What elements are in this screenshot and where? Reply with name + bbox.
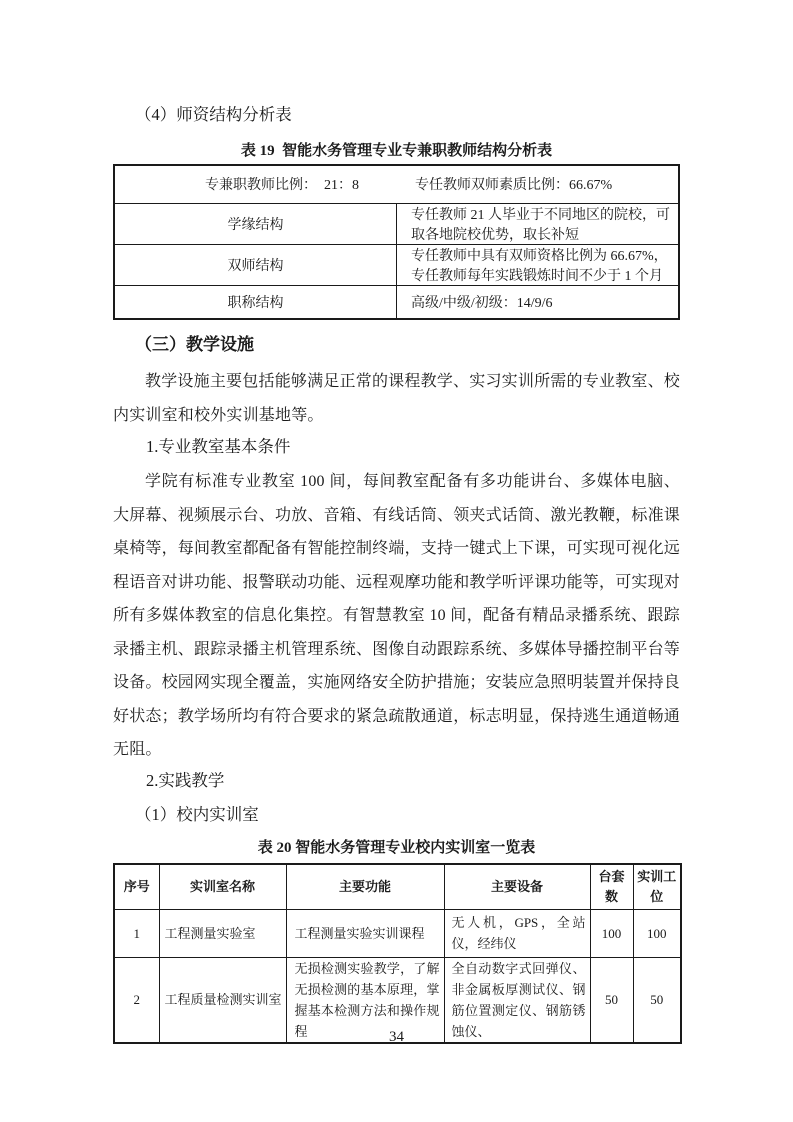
col-header-main-function: 主要功能 bbox=[286, 864, 444, 910]
table-row: 学缘结构 专任教师 21 人毕业于不同地区的院校，可取各地院校优势，取长补短 bbox=[114, 203, 679, 244]
table-row: 双师结构 专任教师中具有双师资格比例为 66.67%，专任教师每年实践锻炼时间不… bbox=[114, 244, 679, 285]
table19-summary-row: 专兼职教师比例： 21：8 专任教师双师素质比例：66.67% bbox=[114, 165, 679, 203]
heading-section-3: （三）教学设施 bbox=[113, 334, 680, 356]
col-header-no: 序号 bbox=[114, 864, 159, 910]
cell-equipment: 无人机，GPS，全站仪，经纬仪 bbox=[444, 909, 590, 957]
paragraph-classroom-details: 学院有标准专业教室 100 间，每间教室配备有多功能讲台、多媒体电脑、大屏幕、视… bbox=[113, 465, 680, 767]
dual-quality-ratio: 专任教师双师素质比例：66.67% bbox=[415, 174, 612, 194]
col-header-sets: 台套数 bbox=[590, 864, 633, 910]
row-label: 双师结构 bbox=[114, 244, 397, 285]
row-label: 职称结构 bbox=[114, 285, 397, 319]
cell-function: 工程测量实验实训课程 bbox=[286, 909, 444, 957]
col-header-room-name: 实训室名称 bbox=[159, 864, 286, 910]
heading-section-4: （4）师资结构分析表 bbox=[113, 104, 680, 125]
cell-sets: 100 bbox=[590, 909, 633, 957]
parttime-teacher-ratio: 专兼职教师比例： 21：8 bbox=[205, 174, 359, 194]
table-row: 职称结构 高级/中级/初级：14/9/6 bbox=[114, 285, 679, 319]
table-20: 序号 实训室名称 主要功能 主要设备 台套数 实训工位 1 工程测量实验室 工程… bbox=[113, 863, 682, 1044]
heading-campus-training-rooms: （1）校内实训室 bbox=[113, 804, 680, 825]
cell-room-name: 工程测量实验室 bbox=[159, 909, 286, 957]
paragraph-teaching-facilities: 教学设施主要包括能够满足正常的课程教学、实习实训所需的专业教室、校内实训室和校外… bbox=[113, 365, 680, 432]
table20-caption: 表 20 智能水务管理专业校内实训室一览表 bbox=[113, 838, 680, 859]
table-row: 1 工程测量实验室 工程测量实验实训课程 无人机，GPS，全站仪，经纬仪 100… bbox=[114, 909, 681, 957]
heading-classroom-conditions: 1.专业教室基本条件 bbox=[113, 436, 680, 457]
document-page: （4）师资结构分析表 表 19 智能水务管理专业专兼职教师结构分析表 专兼职教师… bbox=[0, 0, 793, 1122]
col-header-stations: 实训工位 bbox=[633, 864, 681, 910]
table19-caption: 表 19 智能水务管理专业专兼职教师结构分析表 bbox=[113, 141, 680, 162]
row-label: 学缘结构 bbox=[114, 203, 397, 244]
table-19: 专兼职教师比例： 21：8 专任教师双师素质比例：66.67% 学缘结构 专任教… bbox=[113, 164, 680, 320]
col-header-main-equipment: 主要设备 bbox=[444, 864, 590, 910]
row-content: 专任教师中具有双师资格比例为 66.67%，专任教师每年实践锻炼时间不少于 1 … bbox=[397, 244, 680, 285]
page-number: 34 bbox=[0, 1028, 793, 1046]
row-content: 高级/中级/初级：14/9/6 bbox=[397, 285, 680, 319]
cell-no: 1 bbox=[114, 909, 159, 957]
table20-header-row: 序号 实训室名称 主要功能 主要设备 台套数 实训工位 bbox=[114, 864, 681, 910]
row-content: 专任教师 21 人毕业于不同地区的院校，可取各地院校优势，取长补短 bbox=[397, 203, 680, 244]
heading-practice-teaching: 2.实践教学 bbox=[113, 770, 680, 791]
cell-stations: 100 bbox=[633, 909, 681, 957]
